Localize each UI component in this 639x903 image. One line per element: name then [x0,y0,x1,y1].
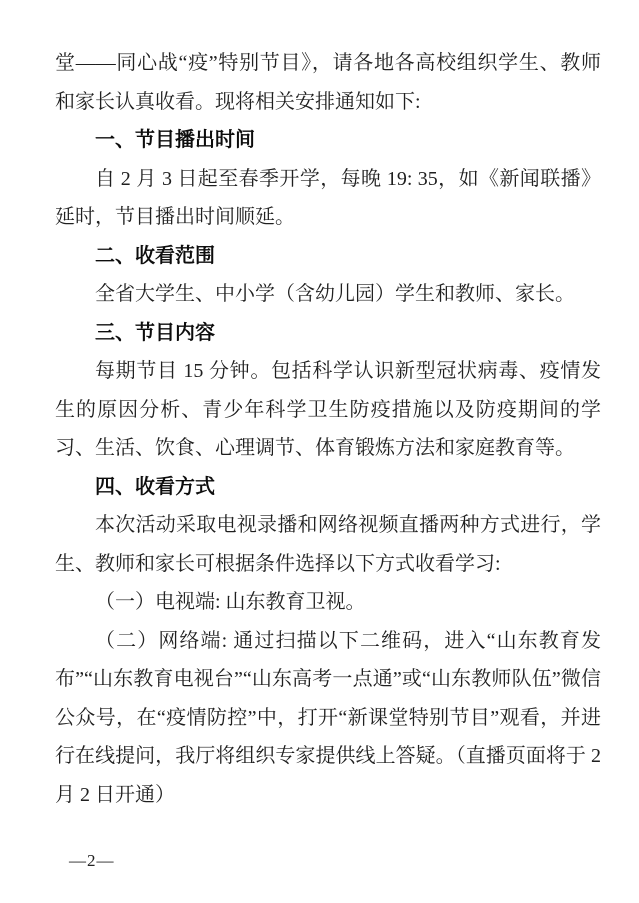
paragraph-program-content: 每期节目 15 分钟。包括科学认识新型冠状病毒、疫情发生的原因分析、青少年科学卫… [55,352,601,468]
paragraph-audience-scope: 全省大学生、中小学（含幼儿园）学生和教师、家长。 [55,275,601,314]
paragraph-continuation: 堂——同心战“疫”特别节目》，请各地各高校组织学生、教师和家长认真收看。现将相关… [55,44,601,121]
section-heading-4: 四、收看方式 [55,468,601,507]
document-content: 堂——同心战“疫”特别节目》，请各地各高校组织学生、教师和家长认真收看。现将相关… [0,0,639,871]
paragraph-broadcast-time: 自 2 月 3 日起至春季开学，每晚 19: 35，如《新闻联播》延时，节目播出… [55,160,601,237]
section-heading-3: 三、节目内容 [55,314,601,353]
paragraph-online-method: （二）网络端: 通过扫描以下二维码，进入“山东教育发布”“山东教育电视台”“山东… [55,622,601,815]
section-heading-2: 二、收看范围 [55,237,601,276]
document-page: 堂——同心战“疫”特别节目》，请各地各高校组织学生、教师和家长认真收看。现将相关… [0,0,639,903]
paragraph-viewing-methods-intro: 本次活动采取电视录播和网络视频直播两种方式进行，学生、教师和家长可根据条件选择以… [55,506,601,583]
section-heading-1: 一、节目播出时间 [55,121,601,160]
page-number: —2— [55,851,601,871]
paragraph-tv-method: （一）电视端: 山东教育卫视。 [55,583,601,622]
